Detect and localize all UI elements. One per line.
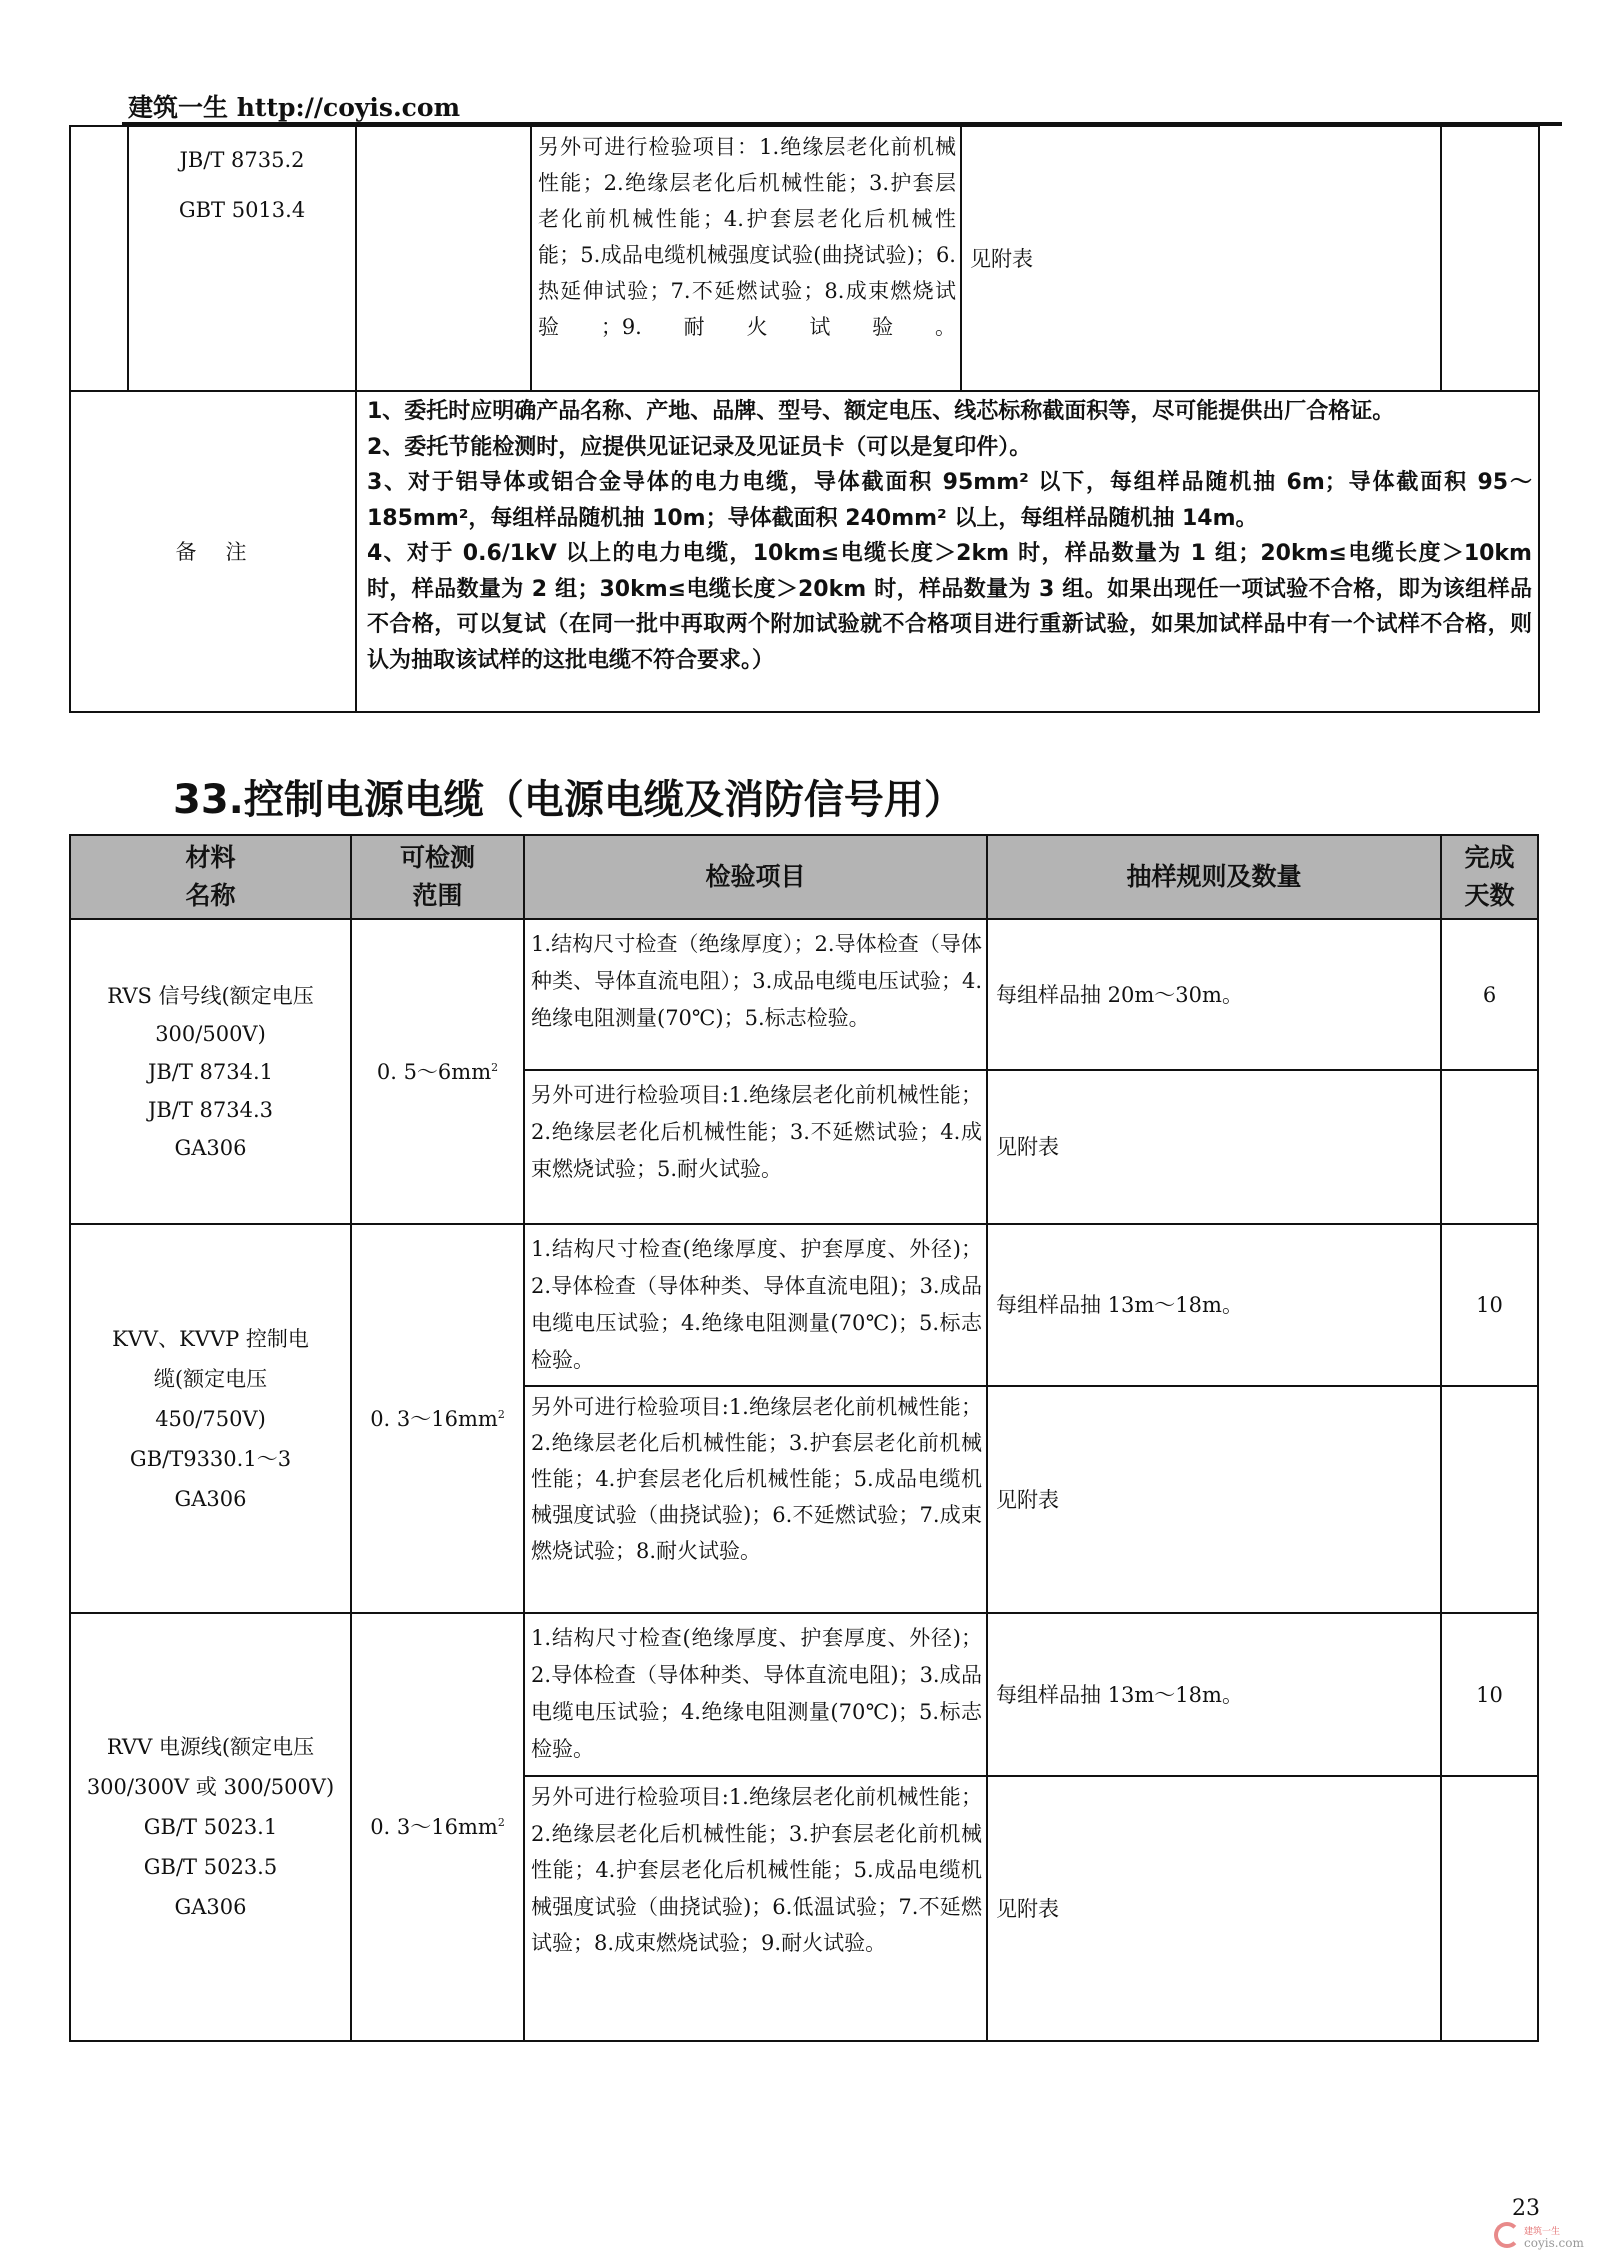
remark-item: 3、对于铝导体或铝合金导体的电力电缆，导体截面积 95mm² 以下，每组样品随机… bbox=[367, 465, 1532, 536]
prev-table-days-cell bbox=[1440, 125, 1540, 392]
watermark-logo-icon bbox=[1494, 2222, 1520, 2248]
sampling-cell-kvv-extra: 见附表 bbox=[986, 1385, 1442, 1614]
sampling-cell-kvv-basic: 每组样品抽 13m～18m。 bbox=[986, 1223, 1442, 1387]
remarks-content-cell: 1、委托时应明确产品名称、产地、品牌、型号、额定电压、线芯标称截面积等，尽可能提… bbox=[355, 390, 1540, 713]
range-cell-kvv: 0. 3～16mm2 bbox=[350, 1223, 525, 1614]
header-range: 可检测 范围 bbox=[350, 834, 525, 920]
sampling-text: 见附表 bbox=[970, 240, 1033, 278]
page-number: 23 bbox=[1512, 2196, 1540, 2221]
inspection-items-text: 另外可进行检验项目：1.绝缘层老化前机械性能；2.绝缘层老化后机械性能；3.护套… bbox=[538, 135, 956, 339]
header-material: 材料 名称 bbox=[69, 834, 352, 920]
days-cell-kvv-extra bbox=[1440, 1385, 1539, 1614]
header-items: 检验项目 bbox=[523, 834, 988, 920]
standard-line: GBT 5013.4 bbox=[179, 185, 305, 235]
days-cell-rvv-basic: 10 bbox=[1440, 1612, 1539, 1777]
days-cell-rvv-extra bbox=[1440, 1775, 1539, 2042]
items-cell-kvv-extra: 另外可进行检验项目:1.绝缘层老化前机械性能；2.绝缘层老化后机械性能；3.护套… bbox=[523, 1385, 988, 1614]
days-cell-kvv-basic: 10 bbox=[1440, 1223, 1539, 1387]
site-name: 建筑一生 bbox=[128, 93, 228, 122]
items-cell-kvv-basic: 1.结构尺寸检查(绝缘厚度、护套厚度、外径)；2.导体检查（导体种类、导体直流电… bbox=[523, 1223, 988, 1387]
prev-table-sampling-cell: 见附表 bbox=[960, 125, 1442, 392]
material-cell-rvv: RVV 电源线(额定电压 300/300V 或 300/500V) GB/T 5… bbox=[69, 1612, 352, 2042]
site-header: 建筑一生 http://coyis.com bbox=[128, 88, 460, 124]
remark-item: 1、委托时应明确产品名称、产地、品牌、型号、额定电压、线芯标称截面积等，尽可能提… bbox=[367, 394, 1532, 430]
items-cell-rvv-extra: 另外可进行检验项目:1.绝缘层老化前机械性能；2.绝缘层老化后机械性能；3.护套… bbox=[523, 1775, 988, 2042]
items-cell-rvv-basic: 1.结构尺寸检查(绝缘厚度、护套厚度、外径)；2.导体检查（导体种类、导体直流电… bbox=[523, 1612, 988, 1777]
prev-table-items-cell: 另外可进行检验项目：1.绝缘层老化前机械性能；2.绝缘层老化后机械性能；3.护套… bbox=[530, 125, 962, 392]
prev-table-standards-cell: JB/T 8735.2 GBT 5013.4 bbox=[127, 125, 357, 392]
sampling-cell-rvv-extra: 见附表 bbox=[986, 1775, 1442, 2042]
remarks-label: 备 注 bbox=[176, 533, 251, 571]
material-cell-kvv: KVV、KVVP 控制电 缆(额定电压 450/750V) GB/T9330.1… bbox=[69, 1223, 352, 1614]
remarks-label-cell: 备 注 bbox=[69, 390, 357, 713]
days-cell-rvs-extra bbox=[1440, 1069, 1539, 1225]
remark-item: 2、委托节能检测时，应提供见证记录及见证员卡（可以是复印件）。 bbox=[367, 430, 1532, 466]
items-cell-rvs-basic: 1.结构尺寸检查（绝缘厚度）；2.导体检查（导体种类、导体直流电阻）；3.成品电… bbox=[523, 918, 988, 1071]
material-cell-rvs: RVS 信号线(额定电压 300/500V) JB/T 8734.1 JB/T … bbox=[69, 918, 352, 1225]
prev-table-blank-cell bbox=[69, 125, 129, 392]
header-sampling: 抽样规则及数量 bbox=[986, 834, 1442, 920]
items-cell-rvs-extra: 另外可进行检验项目:1.绝缘层老化前机械性能；2.绝缘层老化后机械性能；3.不延… bbox=[523, 1069, 988, 1225]
section-title: 33.控制电源电缆（电源电缆及消防信号用） bbox=[173, 768, 964, 825]
remark-item: 4、对于 0.6/1kV 以上的电力电缆，10km≤电缆长度＞2km 时，样品数… bbox=[367, 536, 1532, 678]
sampling-cell-rvv-basic: 每组样品抽 13m～18m。 bbox=[986, 1612, 1442, 1777]
header-days: 完成 天数 bbox=[1440, 834, 1539, 920]
sampling-cell-rvs-extra: 见附表 bbox=[986, 1069, 1442, 1225]
watermark: 建筑一生 coyis.com bbox=[1494, 2222, 1598, 2258]
prev-table-range-cell bbox=[355, 125, 532, 392]
sampling-cell-rvs-basic: 每组样品抽 20m～30m。 bbox=[986, 918, 1442, 1071]
days-cell-rvs-basic: 6 bbox=[1440, 918, 1539, 1071]
site-url: http://coyis.com bbox=[237, 93, 460, 122]
range-cell-rvs: 0. 5～6mm2 bbox=[350, 918, 525, 1225]
range-cell-rvv: 0. 3～16mm2 bbox=[350, 1612, 525, 2042]
watermark-en: coyis.com bbox=[1524, 2236, 1584, 2250]
standard-line: JB/T 8735.2 bbox=[179, 135, 304, 185]
